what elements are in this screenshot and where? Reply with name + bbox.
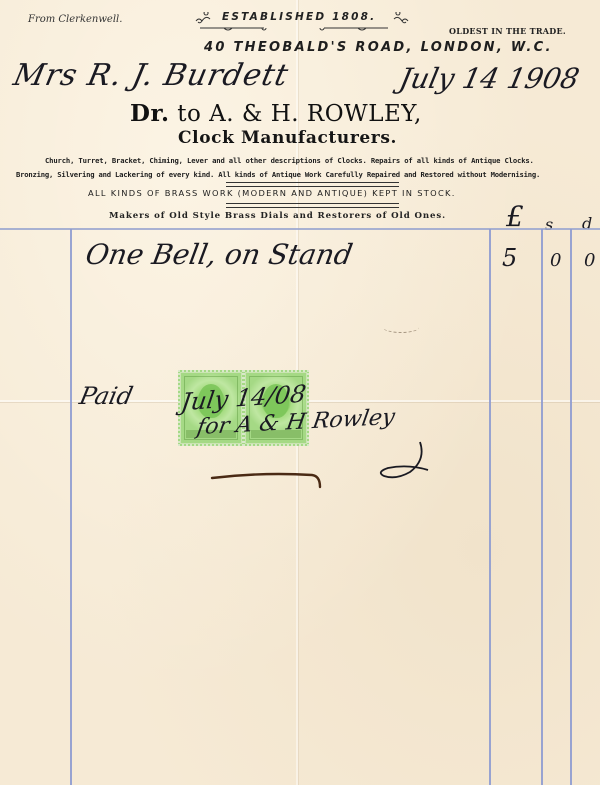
item-description: One Bell, on Stand: [83, 238, 355, 271]
item-pence: 0: [584, 250, 595, 271]
trade-title: Clock Manufacturers.: [178, 128, 397, 148]
header-rule: [0, 228, 600, 230]
pence-header: d: [582, 214, 592, 233]
shillings-header: s: [545, 215, 553, 234]
divider: [226, 203, 399, 208]
brass-work-notice: ALL KINDS OF BRASS WORK (MODERN AND ANTI…: [88, 188, 456, 198]
invoice-date: July 14 1908: [396, 62, 582, 95]
ornament-underline-left-icon: [198, 22, 270, 34]
origin-text: From Clerkenwell.: [28, 14, 122, 25]
firm-address: 40 THEOBALD'S ROAD, LONDON, W.C.: [204, 40, 553, 55]
services-description-2: Bronzing, Silvering and Lackering of eve…: [16, 170, 540, 179]
item-shillings: 0: [550, 250, 561, 271]
item-pounds: 5: [502, 244, 517, 272]
ornament-right-icon: [378, 12, 412, 32]
specialty-text: Makers of Old Style Brass Dials and Rest…: [109, 211, 446, 221]
margin-rule: [70, 229, 72, 785]
services-description-1: Church, Turret, Bracket, Chiming, Lever …: [45, 156, 534, 165]
faint-ink-mark: [383, 322, 419, 333]
pounds-column-rule: [489, 229, 491, 785]
debtor-prefix: Dr.: [130, 100, 169, 127]
signature-flourish-icon: [370, 440, 440, 490]
shillings-column-rule: [541, 229, 543, 785]
ink-underline-stroke-icon: [210, 470, 330, 492]
oldest-in-trade-text: OLDEST IN THE TRADE.: [449, 26, 566, 36]
firm-name: to A. & H. ROWLEY,: [177, 101, 422, 127]
firm-name-line: Dr. to A. & H. ROWLEY,: [130, 100, 422, 127]
invoice-sheet: From Clerkenwell. ESTABLISHED 1808. OLDE…: [0, 0, 600, 785]
paid-label: Paid: [77, 382, 135, 410]
pence-column-rule: [570, 229, 572, 785]
divider: [226, 182, 399, 187]
customer-name: Mrs R. J. Burdett: [10, 58, 292, 93]
